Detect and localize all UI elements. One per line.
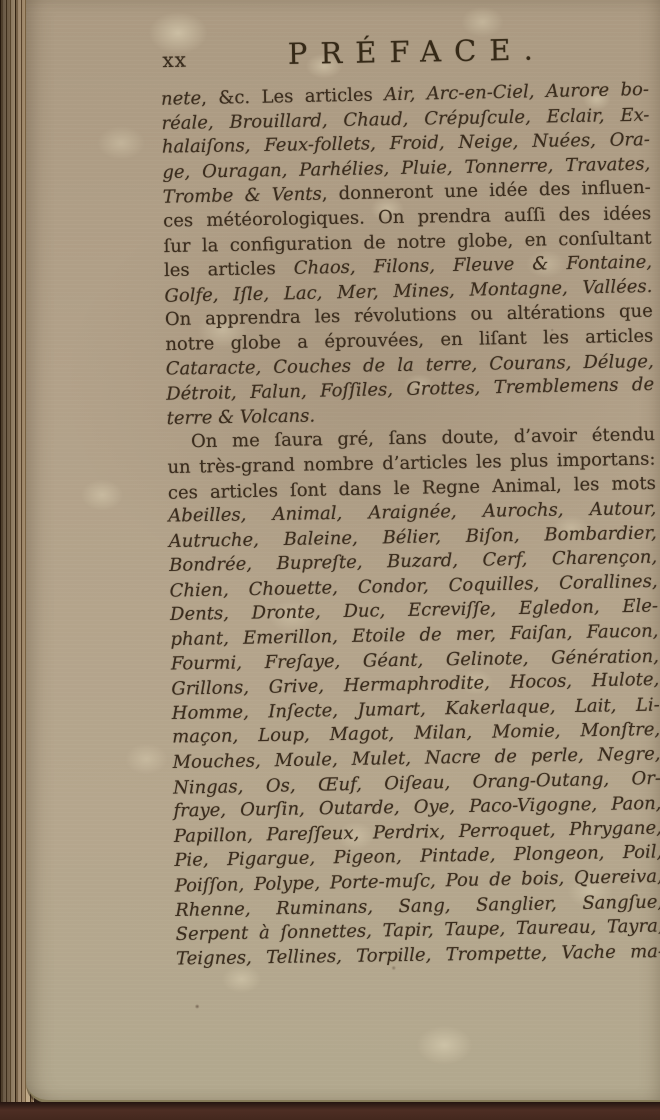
article-name-segment: Abeilles, Animal, Araignée, Aurochs, Aut… xyxy=(168,498,656,526)
article-name-segment: nete xyxy=(161,88,202,110)
page-content: xx PRÉFACE. nete, &c. Les articles Air, … xyxy=(17,0,660,1105)
article-name-segment: Trombe & Vents xyxy=(163,184,322,208)
article-name-segment: Chaos, Filons, Fleuve & Fontaine, xyxy=(294,252,653,279)
book-scan: xx PRÉFACE. nete, &c. Les articles Air, … xyxy=(0,0,660,1120)
page-title: PRÉFACE. xyxy=(168,31,653,73)
prose-segment: , &c. Les articles xyxy=(201,84,384,109)
article-name-segment: maçon, Loup, Magot, Milan, Momie, Monſtr… xyxy=(172,719,660,747)
text-block: nete, &c. Les articles Air, Arc-en-Ciel,… xyxy=(161,79,660,973)
article-name-segment: Air, Arc-en-Ciel, Aurore bo- xyxy=(384,79,649,105)
article-name-segment: halaiſons, Feux-follets, Froid, Neige, N… xyxy=(162,129,650,157)
table-surface-band xyxy=(0,1102,660,1120)
prose-segment: les articles xyxy=(164,258,294,281)
prose-segment: On me ſaura gré, ſans doute, d’avoir éte… xyxy=(191,424,655,452)
article-name-segment: fraye, Ourſin, Outarde, Oye, Paco-Vigogn… xyxy=(173,793,660,821)
article-name-segment: terre & Volcans. xyxy=(166,405,315,429)
prose-segment: , donneront une idée des influen- xyxy=(322,177,651,205)
